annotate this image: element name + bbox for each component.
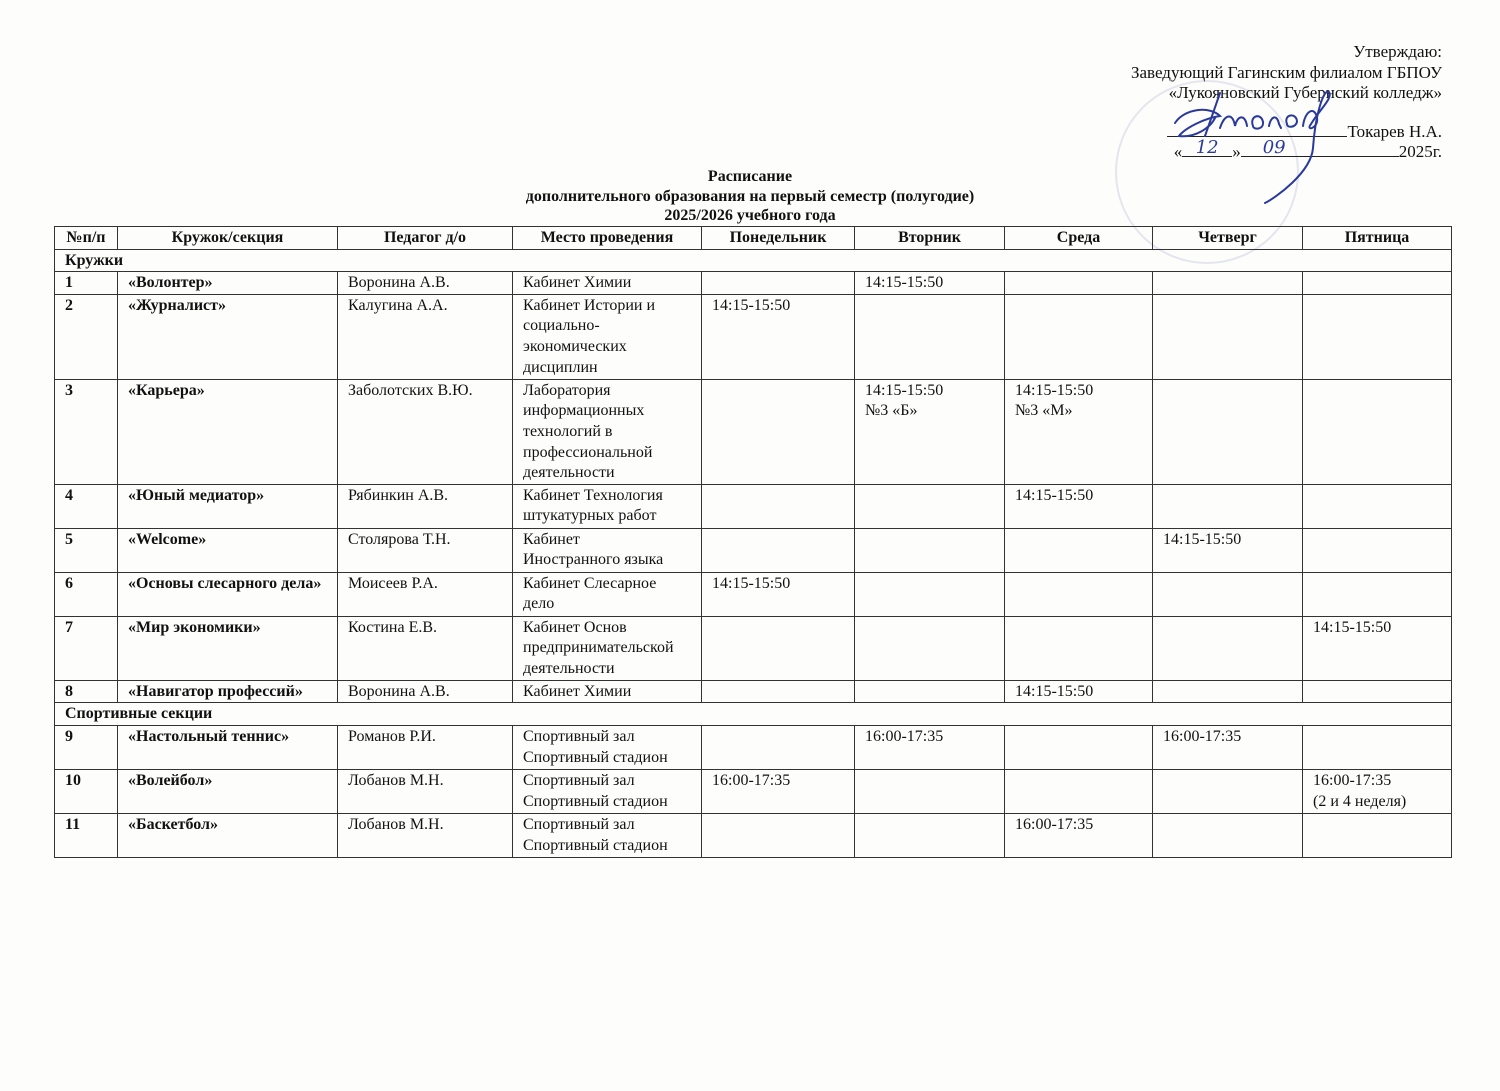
- section-title: Кружки: [55, 249, 1452, 272]
- thursday-slot: [1153, 272, 1303, 295]
- approval-date: «12»092025г.: [1131, 142, 1442, 163]
- friday-slot: 14:15-15:50: [1303, 616, 1452, 680]
- title-line-1: Расписание: [0, 167, 1500, 187]
- wednesday-slot: 14:15-15:50 №3 «М»: [1005, 379, 1153, 484]
- wednesday-slot: [1005, 272, 1153, 295]
- monday-slot: [702, 528, 855, 572]
- teacher-name: Столярова Т.Н.: [338, 528, 513, 572]
- teacher-name: Воронина А.В.: [338, 272, 513, 295]
- row-number: 3: [55, 379, 118, 484]
- date-month-handwritten: 09: [1241, 138, 1399, 159]
- header-teacher: Педагог д/о: [338, 227, 513, 250]
- schedule-table: №п/п Кружок/секция Педагог д/о Место про…: [54, 226, 1452, 858]
- table-row: 11«Баскетбол»Лобанов М.Н.Спортивный зал …: [55, 813, 1452, 857]
- header-club: Кружок/секция: [118, 227, 338, 250]
- row-number: 10: [55, 769, 118, 813]
- club-name: «Волонтер»: [118, 272, 338, 295]
- teacher-name: Костина Е.В.: [338, 616, 513, 680]
- monday-slot: 14:15-15:50: [702, 294, 855, 379]
- tuesday-slot: [855, 484, 1005, 528]
- tuesday-slot: 16:00-17:35: [855, 725, 1005, 769]
- wednesday-slot: [1005, 769, 1153, 813]
- teacher-name: Калугина А.А.: [338, 294, 513, 379]
- approval-block: Утверждаю: Заведующий Гагинским филиалом…: [1131, 42, 1442, 163]
- header-wednesday: Среда: [1005, 227, 1153, 250]
- friday-slot: [1303, 272, 1452, 295]
- teacher-name: Заболотских В.Ю.: [338, 379, 513, 484]
- club-name: «Мир экономики»: [118, 616, 338, 680]
- section-row: Кружки: [55, 249, 1452, 272]
- table-row: 10«Волейбол»Лобанов М.Н.Спортивный зал С…: [55, 769, 1452, 813]
- row-number: 8: [55, 680, 118, 703]
- row-number: 1: [55, 272, 118, 295]
- thursday-slot: [1153, 813, 1303, 857]
- teacher-name: Романов Р.И.: [338, 725, 513, 769]
- section-title: Спортивные секции: [55, 703, 1452, 726]
- thursday-slot: [1153, 769, 1303, 813]
- row-number: 7: [55, 616, 118, 680]
- venue: Кабинет Технология штукатурных работ: [513, 484, 702, 528]
- monday-slot: [702, 680, 855, 703]
- table-row: 2«Журналист»Калугина А.А.Кабинет Истории…: [55, 294, 1452, 379]
- monday-slot: 16:00-17:35: [702, 769, 855, 813]
- title-line-3: 2025/2026 учебного года: [0, 206, 1500, 226]
- row-number: 9: [55, 725, 118, 769]
- friday-slot: 16:00-17:35 (2 и 4 неделя): [1303, 769, 1452, 813]
- monday-slot: [702, 379, 855, 484]
- friday-slot: [1303, 379, 1452, 484]
- approval-position: Заведующий Гагинским филиалом ГБПОУ: [1131, 63, 1442, 84]
- header-monday: Понедельник: [702, 227, 855, 250]
- venue: Спортивный зал Спортивный стадион: [513, 769, 702, 813]
- monday-slot: [702, 272, 855, 295]
- tuesday-slot: [855, 680, 1005, 703]
- teacher-name: Рябинкин А.В.: [338, 484, 513, 528]
- table-row: 1«Волонтер»Воронина А.В.Кабинет Химии14:…: [55, 272, 1452, 295]
- wednesday-slot: [1005, 572, 1153, 616]
- club-name: «Навигатор профессий»: [118, 680, 338, 703]
- monday-slot: [702, 813, 855, 857]
- row-number: 4: [55, 484, 118, 528]
- date-year: 2025г.: [1399, 142, 1442, 161]
- friday-slot: [1303, 813, 1452, 857]
- tuesday-slot: [855, 294, 1005, 379]
- header-friday: Пятница: [1303, 227, 1452, 250]
- tuesday-slot: 14:15-15:50 №3 «Б»: [855, 379, 1005, 484]
- date-month-field: 09: [1241, 142, 1399, 157]
- row-number: 6: [55, 572, 118, 616]
- table-row: 8«Навигатор профессий»Воронина А.В.Кабин…: [55, 680, 1452, 703]
- teacher-name: Лобанов М.Н.: [338, 769, 513, 813]
- venue: Кабинет Истории и социально-экономически…: [513, 294, 702, 379]
- friday-slot: [1303, 725, 1452, 769]
- wednesday-slot: 14:15-15:50: [1005, 680, 1153, 703]
- approval-heading: Утверждаю:: [1131, 42, 1442, 63]
- row-number: 2: [55, 294, 118, 379]
- table-row: 7«Мир экономики»Костина Е.В.Кабинет Осно…: [55, 616, 1452, 680]
- friday-slot: [1303, 528, 1452, 572]
- monday-slot: [702, 725, 855, 769]
- club-name: «Юный медиатор»: [118, 484, 338, 528]
- document-title: Расписание дополнительного образования н…: [0, 167, 1500, 226]
- club-name: «Баскетбол»: [118, 813, 338, 857]
- wednesday-slot: [1005, 294, 1153, 379]
- venue: Спортивный зал Спортивный стадион: [513, 725, 702, 769]
- club-name: «Основы слесарного дела»: [118, 572, 338, 616]
- approval-organization: «Лукояновский Губернский колледж»: [1131, 83, 1442, 104]
- header-place: Место проведения: [513, 227, 702, 250]
- table-row: 3«Карьера»Заболотских В.Ю.Лаборатория ин…: [55, 379, 1452, 484]
- thursday-slot: [1153, 484, 1303, 528]
- table-header-row: №п/п Кружок/секция Педагог д/о Место про…: [55, 227, 1452, 250]
- wednesday-slot: 14:15-15:50: [1005, 484, 1153, 528]
- monday-slot: [702, 484, 855, 528]
- tuesday-slot: [855, 528, 1005, 572]
- venue: Лаборатория информационных технологий в …: [513, 379, 702, 484]
- friday-slot: [1303, 572, 1452, 616]
- title-line-2: дополнительного образования на первый се…: [0, 187, 1500, 207]
- header-thursday: Четверг: [1153, 227, 1303, 250]
- monday-slot: [702, 616, 855, 680]
- section-row: Спортивные секции: [55, 703, 1452, 726]
- friday-slot: [1303, 680, 1452, 703]
- date-day-handwritten: 12: [1182, 138, 1232, 159]
- monday-slot: 14:15-15:50: [702, 572, 855, 616]
- teacher-name: Воронина А.В.: [338, 680, 513, 703]
- club-name: «Карьера»: [118, 379, 338, 484]
- tuesday-slot: [855, 616, 1005, 680]
- wednesday-slot: [1005, 528, 1153, 572]
- venue: Кабинет Химии: [513, 680, 702, 703]
- club-name: «Волейбол»: [118, 769, 338, 813]
- date-open-quote: «: [1174, 142, 1183, 161]
- tuesday-slot: 14:15-15:50: [855, 272, 1005, 295]
- signature-underline: [1167, 122, 1347, 137]
- date-day-field: 12: [1182, 142, 1232, 157]
- teacher-name: Моисеев Р.А.: [338, 572, 513, 616]
- teacher-name: Лобанов М.Н.: [338, 813, 513, 857]
- venue: Спортивный зал Спортивный стадион: [513, 813, 702, 857]
- tuesday-slot: [855, 813, 1005, 857]
- club-name: «Настольный теннис»: [118, 725, 338, 769]
- table-row: 9«Настольный теннис»Романов Р.И.Спортивн…: [55, 725, 1452, 769]
- thursday-slot: 16:00-17:35: [1153, 725, 1303, 769]
- friday-slot: [1303, 484, 1452, 528]
- venue: Кабинет Иностранного языка: [513, 528, 702, 572]
- row-number: 11: [55, 813, 118, 857]
- header-number: №п/п: [55, 227, 118, 250]
- venue: Кабинет Химии: [513, 272, 702, 295]
- table-row: 5«Welcome»Столярова Т.Н.Кабинет Иностран…: [55, 528, 1452, 572]
- row-number: 5: [55, 528, 118, 572]
- wednesday-slot: [1005, 616, 1153, 680]
- header-tuesday: Вторник: [855, 227, 1005, 250]
- wednesday-slot: [1005, 725, 1153, 769]
- friday-slot: [1303, 294, 1452, 379]
- thursday-slot: 14:15-15:50: [1153, 528, 1303, 572]
- table-row: 6«Основы слесарного дела»Моисеев Р.А.Каб…: [55, 572, 1452, 616]
- thursday-slot: [1153, 379, 1303, 484]
- wednesday-slot: 16:00-17:35: [1005, 813, 1153, 857]
- table-row: 4«Юный медиатор»Рябинкин А.В.Кабинет Тех…: [55, 484, 1452, 528]
- thursday-slot: [1153, 294, 1303, 379]
- club-name: «Welcome»: [118, 528, 338, 572]
- tuesday-slot: [855, 572, 1005, 616]
- club-name: «Журналист»: [118, 294, 338, 379]
- date-close-quote: »: [1232, 142, 1241, 161]
- thursday-slot: [1153, 572, 1303, 616]
- tuesday-slot: [855, 769, 1005, 813]
- thursday-slot: [1153, 680, 1303, 703]
- venue: Кабинет Слесарное дело: [513, 572, 702, 616]
- venue: Кабинет Основ предпринимательской деятел…: [513, 616, 702, 680]
- thursday-slot: [1153, 616, 1303, 680]
